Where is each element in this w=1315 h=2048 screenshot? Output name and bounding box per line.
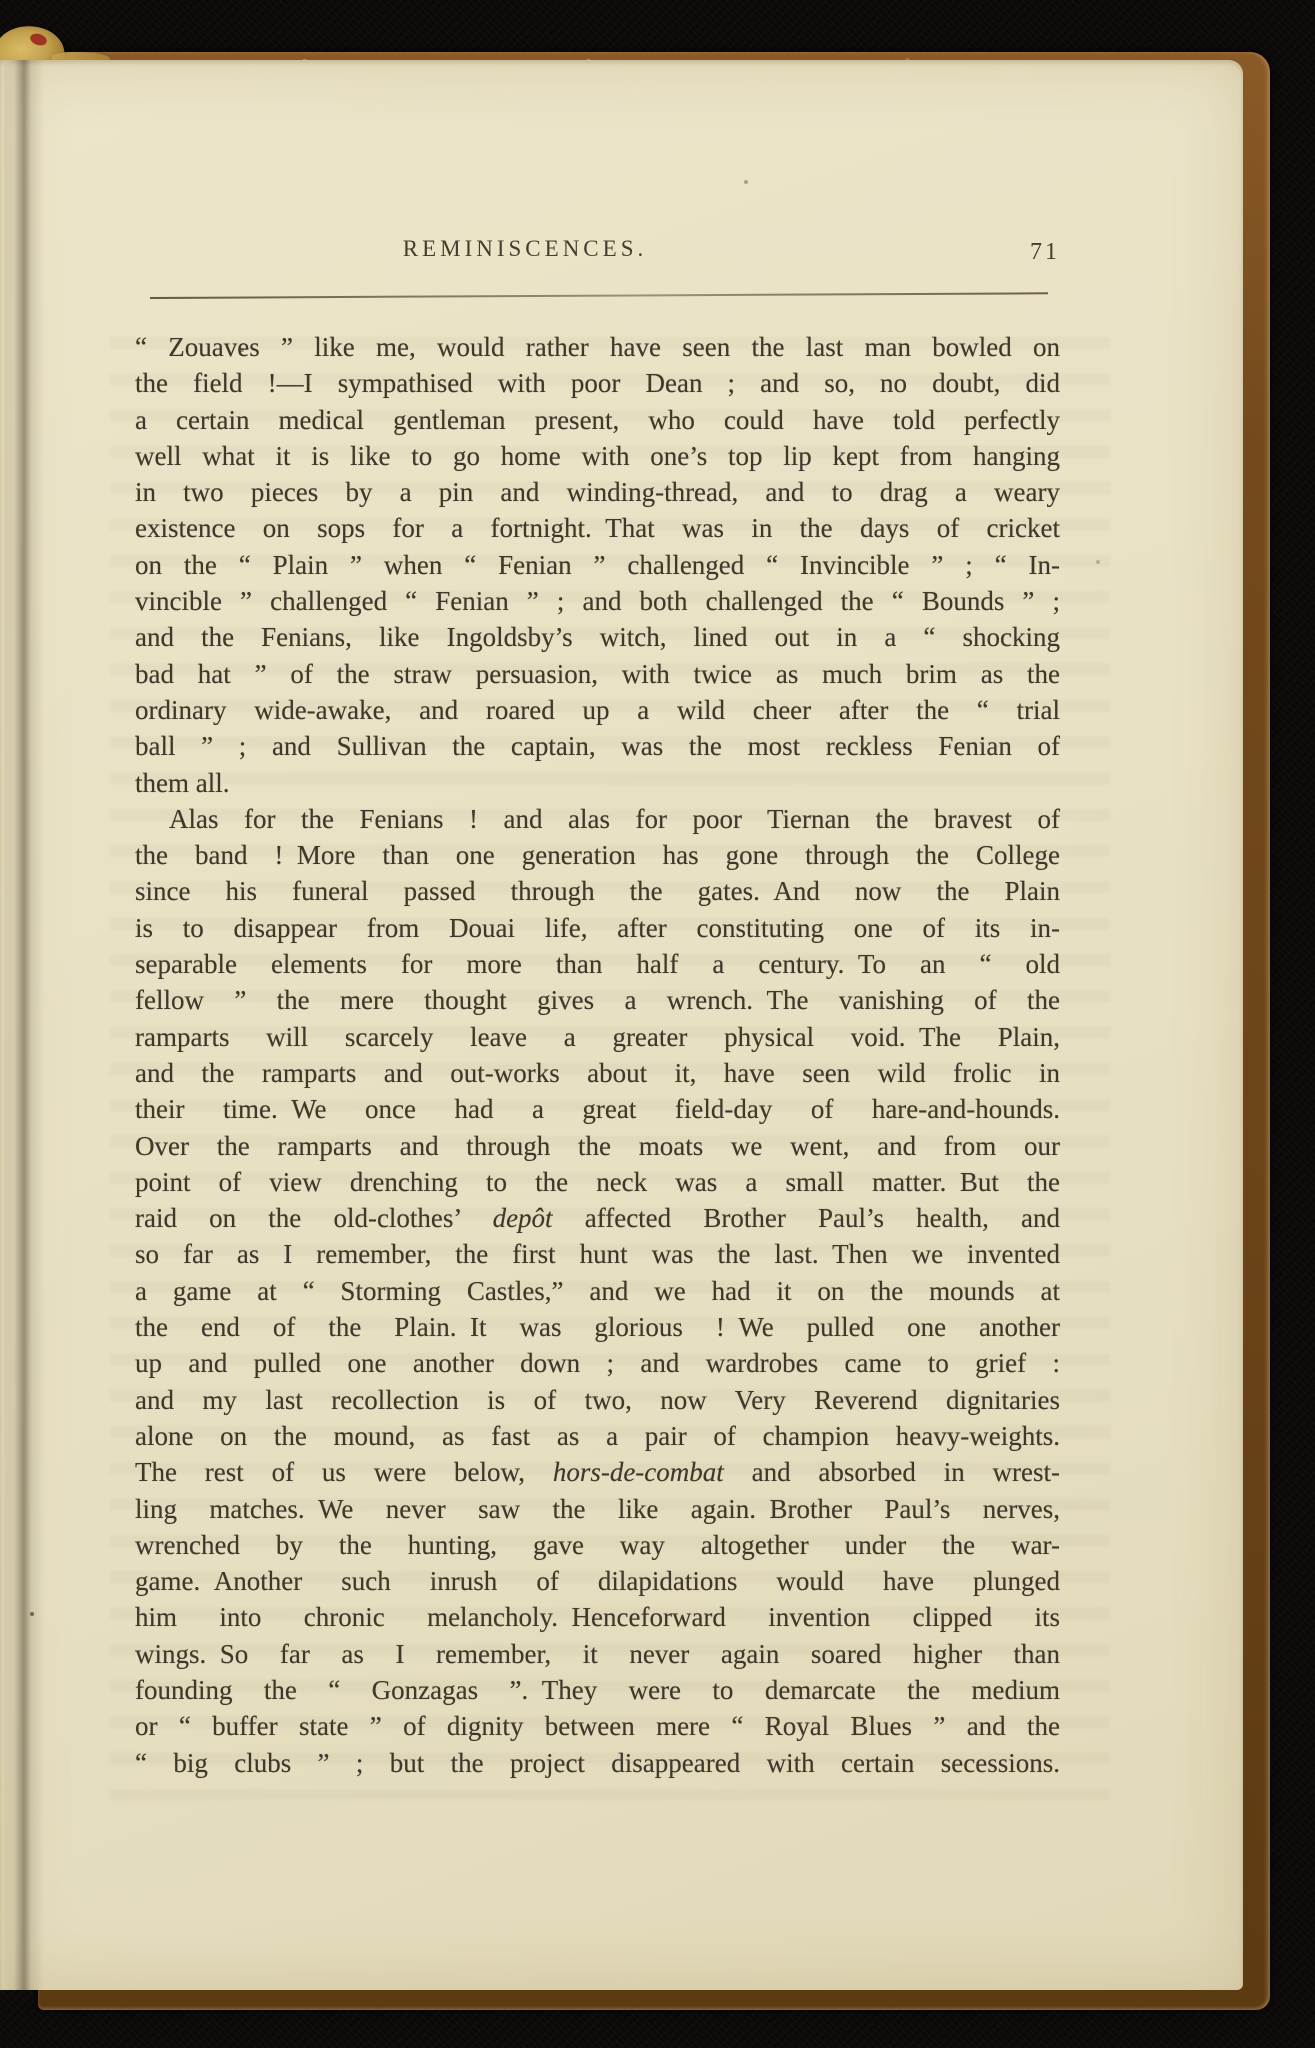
text-line: a game at “ Storming Castles,” and we ha…	[135, 1273, 1060, 1309]
text-run: their time. We once had a great field-da…	[135, 1094, 1060, 1124]
text-run: so far as I remember, the first hunt was…	[135, 1239, 1060, 1269]
text-run: ramparts will scarcely leave a greater p…	[135, 1022, 1060, 1052]
text-run: is to disappear from Douai life, after c…	[135, 913, 1060, 943]
text-run: ordinary wide-awake, and roared up a wil…	[135, 695, 1060, 725]
text-line: Alas for the Fenians ! and alas for poor…	[135, 801, 1060, 837]
text-run: well what it is like to go home with one…	[135, 441, 1060, 471]
text-run: them all.	[135, 768, 229, 798]
text-run: “ big clubs ” ; but the project disappea…	[135, 1748, 1060, 1778]
text-line: their time. We once had a great field-da…	[135, 1091, 1060, 1127]
text-run: up and pulled one another down ; and war…	[135, 1348, 1060, 1378]
text-run: in two pieces by a pin and winding-threa…	[135, 477, 1060, 507]
gilt-edge-specks	[0, 0, 5, 4]
text-run: the end of the Plain. It was glorious ! …	[135, 1312, 1060, 1342]
italic-text-run: hors-de-combat	[553, 1457, 724, 1487]
text-run: point of view drenching to the neck was …	[135, 1167, 1060, 1197]
text-run: a certain medical gentleman present, who…	[135, 405, 1060, 435]
text-run: raid on the old-clothes’	[135, 1203, 493, 1233]
text-line: the field !—I sympathised with poor Dean…	[135, 365, 1060, 401]
text-line: a certain medical gentleman present, who…	[135, 402, 1060, 438]
text-line: fellow ” the mere thought gives a wrench…	[135, 982, 1060, 1018]
text-line: up and pulled one another down ; and war…	[135, 1345, 1060, 1381]
text-run: wrenched by the hunting, gave way altoge…	[135, 1530, 1060, 1560]
text-line: him into chronic melancholy. Henceforwar…	[135, 1599, 1060, 1635]
text-run: and the Fenians, like Ingoldsby’s witch,…	[135, 622, 1060, 652]
text-line: bad hat ” of the straw persuasion, with …	[135, 656, 1060, 692]
text-run: ling matches. We never saw the like agai…	[135, 1494, 1060, 1524]
text-line: since his funeral passed through the gat…	[135, 873, 1060, 909]
text-line: them all.	[135, 765, 1060, 801]
text-line: separable elements for more than half a …	[135, 946, 1060, 982]
text-run: wings. So far as I remember, it never ag…	[135, 1639, 1060, 1669]
text-run: Over the ramparts and through the moats …	[135, 1131, 1060, 1161]
text-line: “ Zouaves ” like me, would rather have s…	[135, 329, 1060, 365]
text-run: game. Another such inrush of dilapidatio…	[135, 1566, 1060, 1596]
text-run: bad hat ” of the straw persuasion, with …	[135, 659, 1060, 689]
italic-text-run: depôt	[493, 1203, 553, 1233]
text-line: the end of the Plain. It was glorious ! …	[135, 1309, 1060, 1345]
text-line: and my last recollection is of two, now …	[135, 1382, 1060, 1418]
text-run: fellow ” the mere thought gives a wrench…	[135, 985, 1060, 1015]
text-run: ball ” ; and Sullivan the captain, was t…	[135, 731, 1060, 761]
text-run: him into chronic melancholy. Henceforwar…	[135, 1602, 1060, 1632]
text-line: and the Fenians, like Ingoldsby’s witch,…	[135, 619, 1060, 655]
text-run: alone on the mound, as fast as a pair of…	[135, 1421, 1060, 1451]
text-run: founding the “ Gonzagas ”. They were to …	[135, 1675, 1060, 1705]
text-line: is to disappear from Douai life, after c…	[135, 910, 1060, 946]
text-line: well what it is like to go home with one…	[135, 438, 1060, 474]
text-line: game. Another such inrush of dilapidatio…	[135, 1563, 1060, 1599]
text-line: the band ! More than one generation has …	[135, 837, 1060, 873]
text-line: ordinary wide-awake, and roared up a wil…	[135, 692, 1060, 728]
text-line: ling matches. We never saw the like agai…	[135, 1491, 1060, 1527]
text-run: existence on sops for a fortnight. That …	[135, 513, 1060, 543]
text-line: wings. So far as I remember, it never ag…	[135, 1636, 1060, 1672]
text-run: Alas for the Fenians ! and alas for poor…	[169, 804, 1060, 834]
text-run: affected Brother Paul’s health, and	[553, 1203, 1060, 1233]
text-run: since his funeral passed through the gat…	[135, 876, 1060, 906]
text-line: ramparts will scarcely leave a greater p…	[135, 1019, 1060, 1055]
scanned-book-photo: { "colors":{ "background":"#0b0908", "co…	[0, 0, 1315, 2048]
text-line: The rest of us were below, hors-de-comba…	[135, 1454, 1060, 1490]
text-line: existence on sops for a fortnight. That …	[135, 510, 1060, 546]
text-line: alone on the mound, as fast as a pair of…	[135, 1418, 1060, 1454]
text-line: ball ” ; and Sullivan the captain, was t…	[135, 728, 1060, 764]
text-line: raid on the old-clothes’ depôt affected …	[135, 1200, 1060, 1236]
page-number: 71	[980, 239, 1060, 266]
text-run: a game at “ Storming Castles,” and we ha…	[135, 1276, 1060, 1306]
paper-specks	[0, 60, 4, 64]
text-line: so far as I remember, the first hunt was…	[135, 1236, 1060, 1272]
text-line: vincible ” challenged “ Fenian ” ; and b…	[135, 583, 1060, 619]
text-run: the band ! More than one generation has …	[135, 840, 1060, 870]
text-line: or “ buffer state ” of dignity between m…	[135, 1708, 1060, 1744]
text-run: “ Zouaves ” like me, would rather have s…	[135, 332, 1060, 362]
text-run: and absorbed in wrest-	[724, 1457, 1060, 1487]
text-line: and the ramparts and out-works about it,…	[135, 1055, 1060, 1091]
text-run: and the ramparts and out-works about it,…	[135, 1058, 1060, 1088]
text-block: “ Zouaves ” like me, would rather have s…	[135, 329, 1060, 1781]
text-run: The rest of us were below,	[135, 1457, 553, 1487]
text-run: the field !—I sympathised with poor Dean…	[135, 368, 1060, 398]
text-run: on the “ Plain ” when “ Fenian ” challen…	[135, 550, 1060, 580]
text-run: vincible ” challenged “ Fenian ” ; and b…	[135, 586, 1060, 616]
text-line: on the “ Plain ” when “ Fenian ” challen…	[135, 547, 1060, 583]
text-line: “ big clubs ” ; but the project disappea…	[135, 1745, 1060, 1781]
text-run: and my last recollection is of two, now …	[135, 1385, 1060, 1415]
text-line: Over the ramparts and through the moats …	[135, 1128, 1060, 1164]
text-line: point of view drenching to the neck was …	[135, 1164, 1060, 1200]
text-run: separable elements for more than half a …	[135, 949, 1060, 979]
running-head-title: REMINISCENCES.	[370, 236, 680, 262]
text-line: founding the “ Gonzagas ”. They were to …	[135, 1672, 1060, 1708]
gutter-crease	[4, 60, 44, 1990]
text-line: in two pieces by a pin and winding-threa…	[135, 474, 1060, 510]
text-run: or “ buffer state ” of dignity between m…	[135, 1711, 1060, 1741]
text-line: wrenched by the hunting, gave way altoge…	[135, 1527, 1060, 1563]
